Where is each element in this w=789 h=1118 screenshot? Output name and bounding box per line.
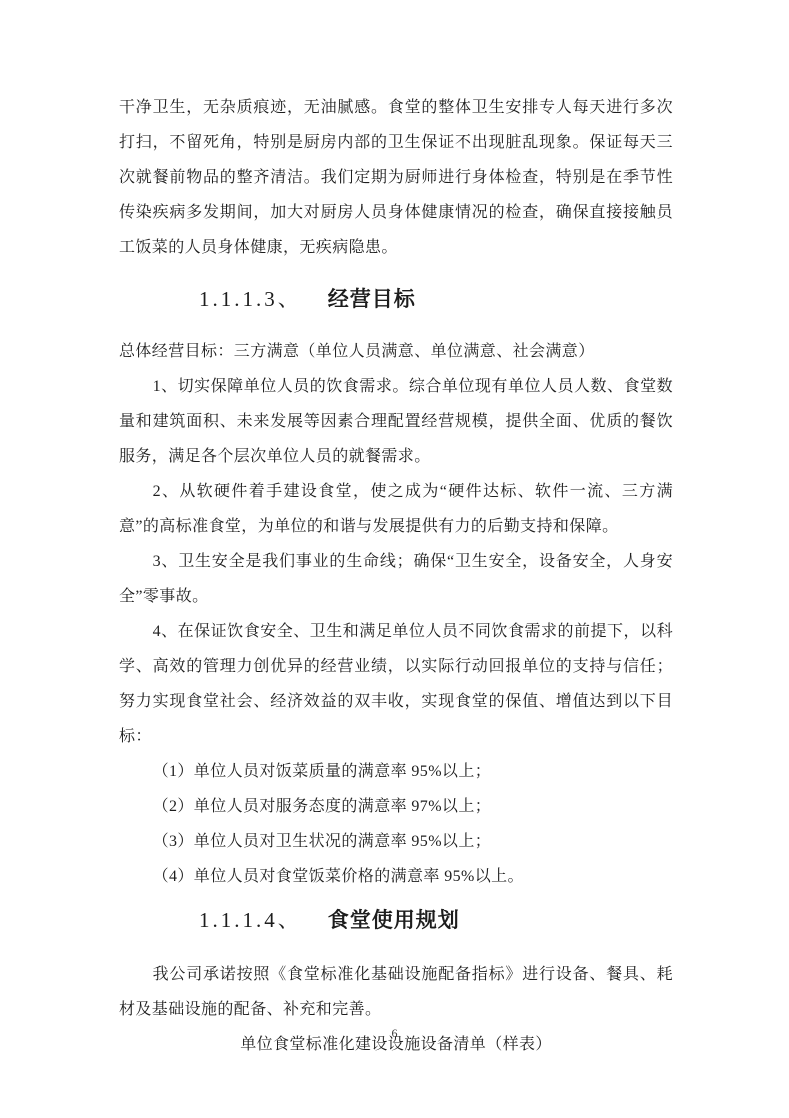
heading-number: 1.1.1.4、 [199, 908, 302, 932]
target-item-1: （1）单位人员对饭菜质量的满意率 95%以上； [119, 754, 673, 789]
paragraph-hygiene: 干净卫生，无杂质痕迹，无油腻感。食堂的整体卫生安排专人每天进行多次打扫，不留死角… [119, 90, 673, 265]
document-content: 干净卫生，无杂质痕迹，无油腻感。食堂的整体卫生安排专人每天进行多次打扫，不留死角… [119, 90, 673, 1062]
document-page: 干净卫生，无杂质痕迹，无油腻感。食堂的整体卫生安排专人每天进行多次打扫，不留死角… [0, 0, 789, 1118]
goal-item-3: 3、卫生安全是我们事业的生命线；确保“卫生安全，设备安全，人身安全”零事故。 [119, 544, 673, 614]
target-item-3: （3）单位人员对卫生状况的满意率 95%以上； [119, 824, 673, 859]
goal-item-2: 2、从软硬件着手建设食堂，使之成为“硬件达标、软件一流、三方满意”的高标准食堂，… [119, 474, 673, 544]
heading-title: 经营目标 [328, 288, 416, 311]
target-item-4: （4）单位人员对食堂饭菜价格的满意率 95%以上。 [119, 859, 673, 894]
section-heading-canteen-usage-plan: 1.1.1.4、食堂使用规划 [119, 898, 673, 943]
target-item-2: （2）单位人员对服务态度的满意率 97%以上； [119, 789, 673, 824]
section-heading-operating-goals: 1.1.1.3、经营目标 [119, 277, 673, 322]
goal-item-1: 1、切实保障单位人员的饮食需求。综合单位现有单位人员人数、食堂数量和建筑面积、未… [119, 369, 673, 474]
page-number: 6 [0, 1026, 789, 1041]
heading-number: 1.1.1.3、 [199, 287, 302, 311]
paragraph-commitment: 我公司承诺按照《食堂标准化基础设施配备指标》进行设备、餐具、耗材及基础设施的配备… [119, 957, 673, 1027]
paragraph-overall-goal: 总体经营目标：三方满意（单位人员满意、单位满意、社会满意） [119, 334, 673, 369]
heading-title: 食堂使用规划 [328, 909, 460, 932]
goal-item-4: 4、在保证饮食安全、卫生和满足单位人员不同饮食需求的前提下，以科学、高效的管理力… [119, 614, 673, 754]
